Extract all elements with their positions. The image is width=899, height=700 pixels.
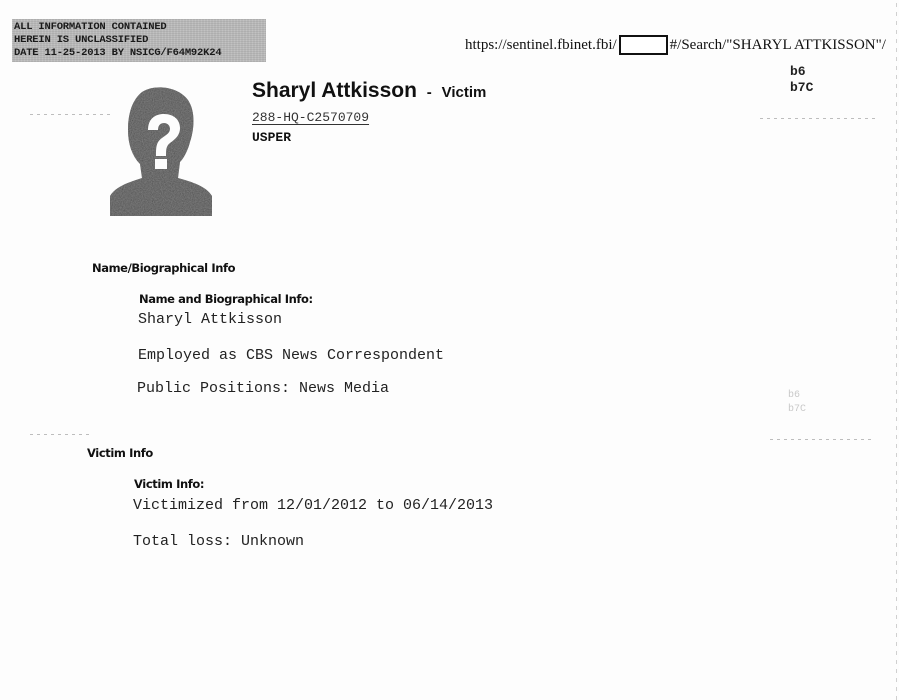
url-prefix: https://sentinel.fbinet.fbi/ (465, 37, 617, 54)
field-value: Sharyl Attkisson (138, 311, 282, 328)
subject-name: Sharyl Attkisson (252, 79, 417, 102)
section-title-victim-info: Victim Info (87, 446, 153, 460)
case-number-link[interactable]: 288-HQ-C2570709 (252, 110, 369, 125)
scan-artifact-rule (770, 439, 875, 440)
exemption-code: b6 (790, 64, 813, 80)
person-status: USPER (252, 130, 291, 145)
ghost-exemption-code: b6 (788, 389, 806, 403)
field-value: Total loss: Unknown (133, 533, 304, 550)
field-label-name-bio: Name and Biographical Info: (139, 292, 313, 306)
exemption-code: b7C (790, 80, 813, 96)
scan-artifact-rule (760, 118, 875, 119)
scan-artifact-rule (30, 434, 90, 435)
scan-edge-line (896, 0, 897, 700)
ghost-exemption-code: b7C (788, 403, 806, 417)
subject-name-heading: Sharyl Attkisson - Victim (252, 79, 486, 103)
field-value: Victimized from 12/01/2012 to 06/14/2013 (133, 497, 493, 514)
subject-role: Victim (442, 84, 487, 101)
section-title-name-bio: Name/Biographical Info (92, 261, 235, 275)
url-suffix: #/Search/"SHARYL ATTKISSON"/ (670, 37, 886, 54)
role-separator: - (427, 84, 432, 101)
redaction-box (619, 35, 668, 55)
field-value: Public Positions: News Media (137, 380, 389, 397)
ghost-exemption-codes: b6 b7C (788, 389, 806, 417)
field-label-victim-info: Victim Info: (134, 477, 204, 491)
page-url: https://sentinel.fbinet.fbi/ #/Search/"S… (465, 35, 886, 55)
scan-artifact-rule (30, 114, 110, 115)
stamp-line: DATE 11-25-2013 BY NSICG/F64M92K24 (14, 47, 264, 60)
field-value: Employed as CBS News Correspondent (138, 347, 444, 364)
exemption-codes: b6 b7C (790, 64, 813, 96)
unknown-person-silhouette-icon (108, 86, 214, 216)
classification-stamp: ALL INFORMATION CONTAINED HEREIN IS UNCL… (12, 19, 266, 62)
stamp-line: HEREIN IS UNCLASSIFIED (14, 34, 264, 47)
stamp-line: ALL INFORMATION CONTAINED (14, 21, 264, 34)
